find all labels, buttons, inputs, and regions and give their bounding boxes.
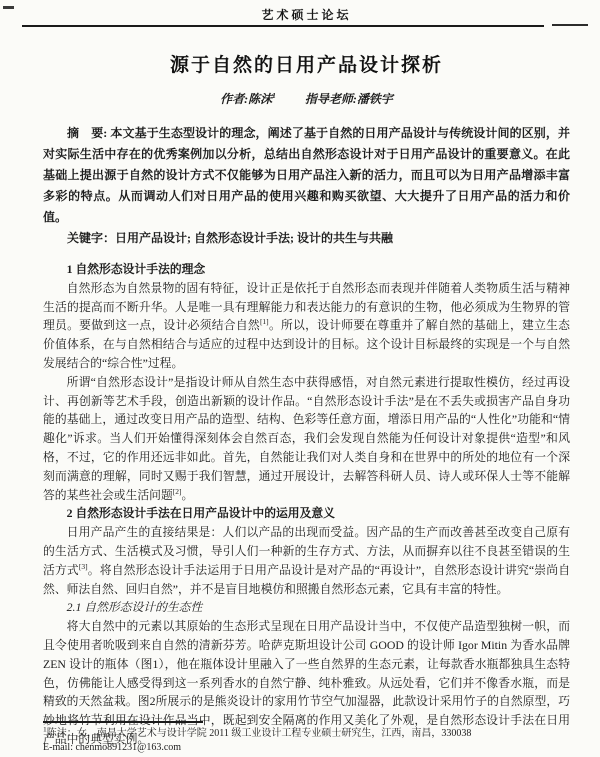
- section-2-1-heading: 2.1 自然形态设计的生态性: [43, 598, 570, 617]
- header-rule: [22, 25, 544, 27]
- footnote: 1陈沫：女，南昌大学艺术与设计学院 2011 级工业设计工程专业硕士研究生，江西…: [43, 721, 570, 754]
- paper-title: 源于自然的日用产品设计探析: [43, 50, 570, 77]
- section-1-heading: 1 自然形态设计手法的理念: [43, 260, 570, 279]
- keywords-text: 日用产品设计; 自然形态设计手法; 设计的共生与共融: [115, 231, 393, 245]
- abstract: 摘 要: 本文基于生态型设计的理念，阐述了基于自然的日用产品设计与传统设计间的区…: [43, 123, 570, 228]
- document-page: 艺术硕士论坛 源于自然的日用产品设计探析 作者:陈沫1 指导老师:潘铁宇 摘 要…: [0, 0, 600, 757]
- footnote-affiliation: 1陈沫：女，南昌大学艺术与设计学院 2011 级工业设计工程专业硕士研究生，江西…: [43, 727, 570, 741]
- section-1-paragraph-2: 所谓“自然形态设计”是指设计师从自然生态中获得感悟，对自然元素进行提取性模仿，经…: [43, 373, 570, 505]
- byline: 作者:陈沫1 指导老师:潘铁宇: [43, 90, 570, 107]
- advisor-name: 指导老师:潘铁宇: [305, 92, 393, 106]
- journal-header: 艺术硕士论坛: [43, 6, 570, 23]
- keywords: 关键字：日用产品设计; 自然形态设计手法; 设计的共生与共融: [43, 228, 570, 249]
- author-name: 作者:陈沫1: [220, 92, 276, 106]
- section-2-heading: 2 自然形态设计手法在日用产品设计中的运用及意义: [43, 504, 570, 523]
- abstract-text: 本文基于生态型设计的理念，阐述了基于自然的日用产品设计与传统设计间的区别，并对实…: [43, 126, 570, 224]
- footnote-rule: [43, 721, 203, 723]
- author-superscript: 1: [272, 91, 276, 100]
- footnote-email: E-mail: chenmo891231@163.com: [43, 741, 570, 755]
- article-body: 1 自然形态设计手法的理念 自然形态为自然景物的固有特征，设计正是依托于自然形态…: [43, 260, 570, 749]
- section-1-paragraph-1: 自然形态为自然景物的固有特征，设计正是依托于自然形态而表现并伴随着人类物质生活与…: [43, 279, 570, 373]
- header-rule-dash: [552, 24, 588, 26]
- section-2-paragraph-1: 日用产品产生的直接结果是：人们以产品的出现而受益。因产品的生产而改善甚至改变自己…: [43, 523, 570, 598]
- keywords-label: 关键字：: [67, 231, 115, 245]
- scan-artifact: [3, 6, 14, 9]
- abstract-label: 摘 要:: [67, 126, 110, 140]
